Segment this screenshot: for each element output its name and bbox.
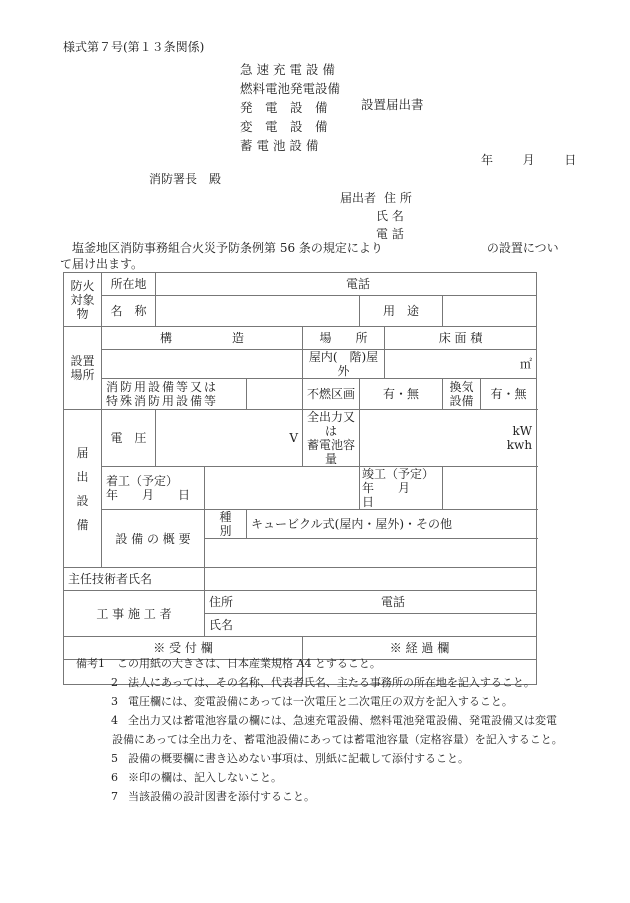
ventilation-toggle[interactable]: 有・無: [481, 379, 537, 410]
location-field[interactable]: 電話: [156, 273, 537, 296]
name-field[interactable]: [156, 296, 360, 327]
applicant-block: 届出者住 所 氏 名 電 話: [340, 189, 412, 243]
date-line: 年 月 日: [481, 153, 576, 167]
note-2: 2法人にあっては、その名称、代表者氏名、主たる事務所の所在地を記入すること。: [76, 673, 563, 692]
output-unit-kwh: kwh: [507, 438, 532, 452]
fireproof-label: 不燃区画: [303, 379, 360, 410]
output-field[interactable]: kWkwh: [360, 410, 537, 467]
chief-engineer-field[interactable]: [205, 568, 537, 591]
date-year-field[interactable]: 年: [481, 153, 493, 167]
finish-label: 竣工（予定）年 月 日: [360, 467, 443, 510]
contractor-label: 工 事 施 工 者: [64, 591, 205, 637]
fire-equipment-field[interactable]: [247, 379, 303, 410]
location-label: 所在地: [102, 273, 156, 296]
equipment-group-label: 届出設備: [64, 410, 102, 568]
note-5: 5設備の概要欄に書き込めない事項は、別紙に記載して添付すること。: [76, 749, 563, 768]
applicant-label: 届出者: [340, 191, 376, 205]
output-unit-kw: kW: [512, 424, 532, 438]
note-3: 3電圧欄には、変電設備にあっては一次電圧と二次電圧の双方を記入すること。: [76, 692, 563, 711]
contractor-phone-label: 電話: [381, 595, 405, 609]
title-line-rapid-charger: 急 速 充 電 設 備: [240, 60, 340, 79]
use-field[interactable]: [443, 296, 537, 327]
notes-section: 備考1この用紙の大きさは、日本産業規格 A4 とすること。 2法人にあっては、そ…: [76, 654, 563, 806]
applicant-name-label: 氏 名: [376, 209, 404, 223]
contractor-address-label: 住所: [209, 595, 233, 609]
note-6: 6※印の欄は、記入しないこと。: [76, 768, 563, 787]
start-label: 着工（予定）年 月 日: [102, 467, 205, 510]
indoor-outdoor-field[interactable]: 屋内( 階)屋外: [303, 350, 385, 379]
voltage-unit: V: [289, 431, 298, 445]
title-suffix: 設置届出書: [361, 98, 424, 112]
note-4: 4全出力又は蓄電池容量の欄には、急速充電設備、燃料電池発電設備、発電設備又は変電: [76, 711, 563, 730]
fire-equipment-label: 消防用設備等又は特殊消防用設備等: [102, 379, 247, 410]
overview-field[interactable]: [205, 539, 537, 568]
start-date-field[interactable]: [205, 467, 360, 510]
voltage-label: 電 圧: [102, 410, 156, 467]
note-1: 備考1この用紙の大きさは、日本産業規格 A4 とすること。: [76, 654, 563, 673]
contractor-name-label: 氏名: [209, 618, 233, 632]
addressee: 消防署長 殿: [149, 172, 221, 186]
title-line-substation: 変 電 設 備: [240, 117, 340, 136]
title-line-battery: 蓄 電 池 設 備: [240, 136, 340, 155]
intro-text: 塩釜地区消防事務組合火災予防条例第 56 条の規定によりの設置につい て届け出ま…: [60, 240, 570, 272]
ventilation-label: 換気設備: [443, 379, 481, 410]
applicant-phone-label: 電 話: [376, 227, 404, 241]
finish-date-field[interactable]: [443, 467, 537, 510]
fire-target-phone-label: 電話: [346, 277, 370, 291]
title-line-fuel-cell: 燃料電池発電設備: [240, 79, 340, 98]
overview-label: 設 備 の 概 要: [102, 510, 205, 568]
chief-engineer-label: 主任技術者氏名: [64, 568, 205, 591]
voltage-field[interactable]: V: [156, 410, 303, 467]
area-unit: ㎡: [520, 357, 532, 371]
install-place-group-label: 設置場所: [64, 327, 102, 410]
place-label: 場 所: [303, 327, 385, 350]
contractor-name-field[interactable]: 氏名: [205, 614, 537, 637]
form-number: 様式第７号(第１３条関係): [63, 40, 204, 54]
floor-area-field[interactable]: ㎡: [385, 350, 537, 379]
intro-after: の設置につい: [487, 241, 559, 255]
title-line-generator: 発 電 設 備: [240, 98, 340, 117]
output-label: 全出力又は蓄電池容量: [303, 410, 360, 467]
contractor-address-field[interactable]: 住所電話: [205, 591, 537, 614]
intro-line2: て届け出ます。: [60, 257, 143, 271]
date-day-field[interactable]: 日: [564, 153, 576, 167]
fire-target-group-label: 防火対象物: [64, 273, 102, 327]
intro-before: 塩釜地区消防事務組合火災予防条例第 56 条の規定により: [60, 241, 383, 255]
structure-label: 構 造: [102, 327, 303, 350]
notification-form-table: 防火対象物 所在地 電話 名 称 用 途 設置場所 構 造 場 所 床 面 積 …: [63, 272, 537, 685]
floor-area-label: 床 面 積: [385, 327, 537, 350]
note-4-continued: 設備にあっては全出力を、蓄電池設備にあっては蓄電池容量（定格容量）を記入すること…: [76, 730, 563, 749]
note-7: 7当該設備の設計図書を添付すること。: [76, 787, 563, 806]
fireproof-toggle[interactable]: 有・無: [360, 379, 443, 410]
type-options[interactable]: キュービクル式(屋内・屋外)・その他: [247, 510, 537, 539]
type-label: 種 別: [205, 510, 247, 539]
name-label: 名 称: [102, 296, 156, 327]
applicant-address-label: 住 所: [384, 191, 412, 205]
date-month-field[interactable]: 月: [523, 153, 535, 167]
use-label: 用 途: [360, 296, 443, 327]
title-equipment-list: 急 速 充 電 設 備 燃料電池発電設備 発 電 設 備 変 電 設 備 蓄 電…: [240, 60, 340, 155]
structure-field[interactable]: [102, 350, 303, 379]
